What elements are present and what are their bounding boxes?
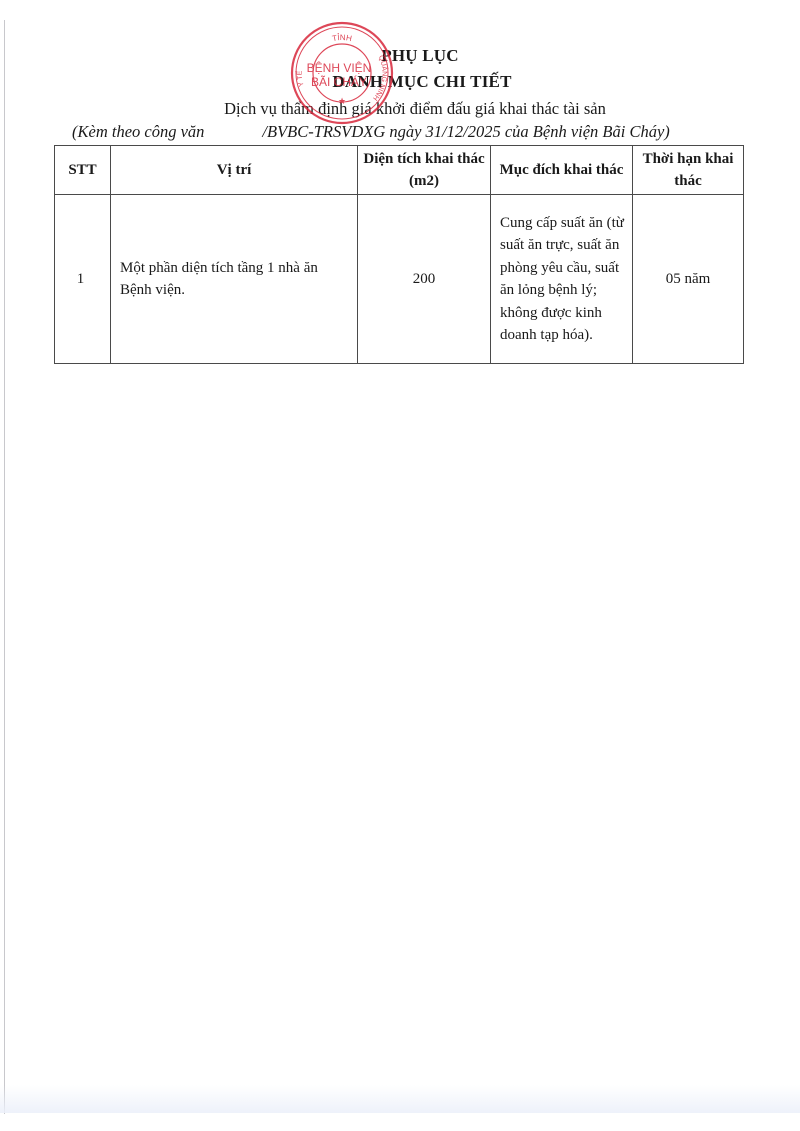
- header-location: Vị trí: [111, 146, 358, 195]
- table-header-row: STT Vị trí Diện tích khai thác (m2) Mục …: [55, 146, 744, 195]
- document-subtitle: Dịch vụ thẩm định giá khởi điểm đấu giá …: [0, 99, 800, 119]
- header-purpose: Mục đích khai thác: [491, 146, 633, 195]
- scan-shadow: [0, 1085, 800, 1113]
- table-row: 1 Một phần diện tích tầng 1 nhà ăn Bệnh …: [55, 195, 744, 364]
- document-page: PHỤ LỤC DANH MỤC CHI TIẾT Dịch vụ thẩm đ…: [0, 0, 800, 1131]
- stamp-top-text: TỈNH: [331, 33, 353, 43]
- appendix-title: PHỤ LỤC: [20, 46, 800, 66]
- cell-term: 05 năm: [633, 195, 744, 364]
- reference-prefix: (Kèm theo công văn: [72, 122, 204, 141]
- cell-location: Một phần diện tích tầng 1 nhà ăn Bệnh vi…: [111, 195, 358, 364]
- asset-table: STT Vị trí Diện tích khai thác (m2) Mục …: [54, 145, 744, 364]
- header-stt: STT: [55, 146, 111, 195]
- reference-suffix: /BVBC-TRSVDXG ngày 31/12/2025 của Bệnh v…: [262, 122, 669, 141]
- cell-area: 200: [358, 195, 491, 364]
- scan-edge: [4, 20, 5, 1114]
- header-term: Thời hạn khai thác: [633, 146, 744, 195]
- reference-line: (Kèm theo công văn/BVBC-TRSVDXG ngày 31/…: [72, 122, 670, 142]
- svg-text:TỈNH: TỈNH: [331, 33, 353, 43]
- header-area: Diện tích khai thác (m2): [358, 146, 491, 195]
- cell-stt: 1: [55, 195, 111, 364]
- detail-list-title: DANH MỤC CHI TIẾT: [22, 72, 800, 92]
- cell-purpose: Cung cấp suất ăn (từ suất ăn trực, suất …: [491, 195, 633, 364]
